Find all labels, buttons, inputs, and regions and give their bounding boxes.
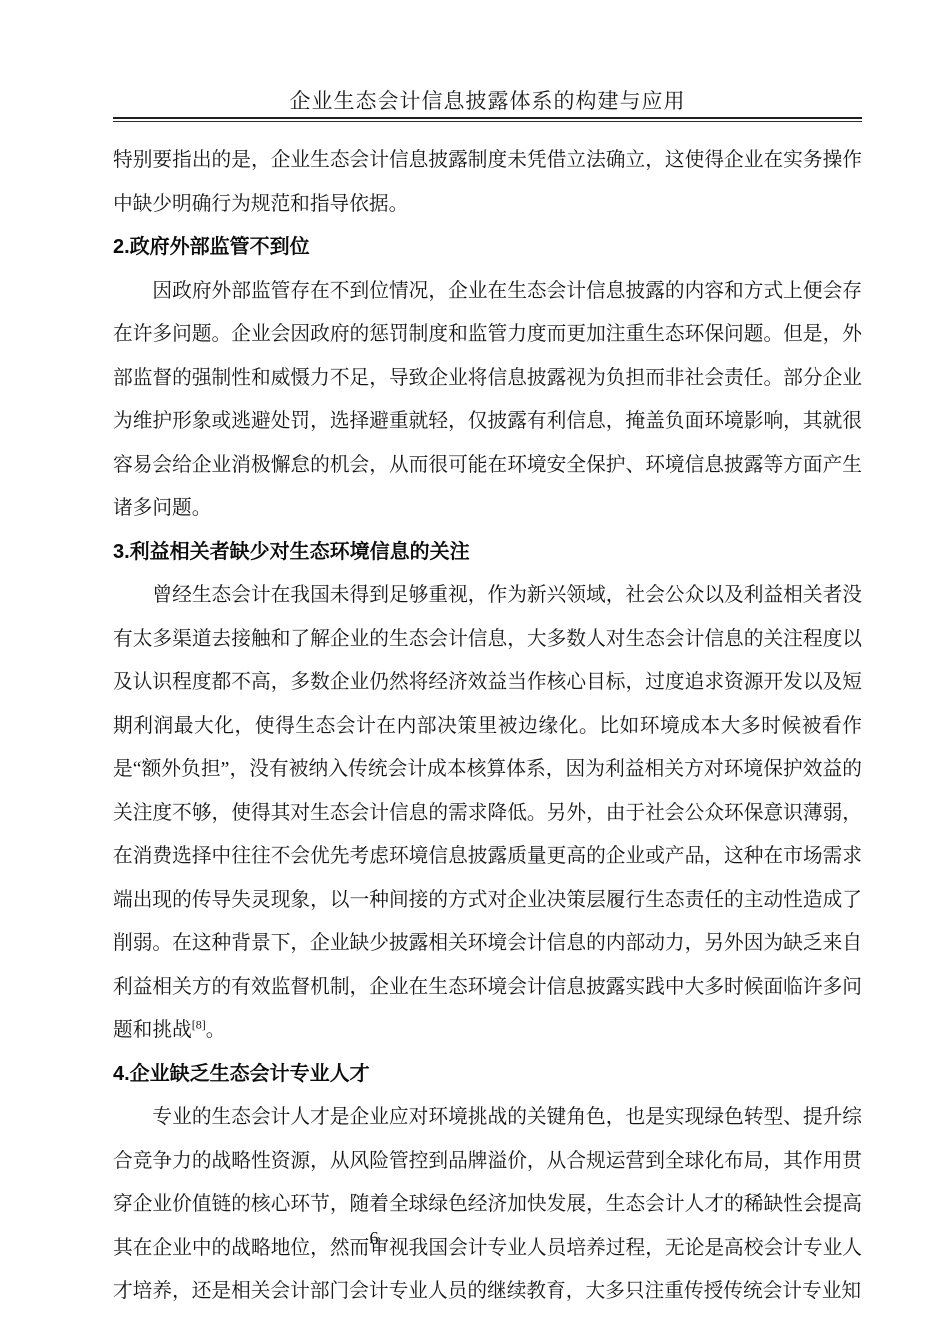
paragraph-talent-shortage: 专业的生态会计人才是企业应对环境挑战的关键角色，也是实现绿色转型、提升综合竞争力… xyxy=(113,1096,862,1314)
document-page: 企业生态会计信息披露体系的构建与应用 特别要指出的是，企业生态会计信息披露制度未… xyxy=(0,0,950,1344)
section-heading-2: 2.政府外部监管不到位 xyxy=(113,226,862,270)
paragraph-continuation: 特别要指出的是，企业生态会计信息披露制度未凭借立法确立，这使得企业在实务操作中缺… xyxy=(113,139,862,226)
page-content: 企业生态会计信息披露体系的构建与应用 特别要指出的是，企业生态会计信息披露制度未… xyxy=(113,88,862,1314)
paragraph-stakeholder-attention: 曾经生态会计在我国未得到足够重视，作为新兴领域，社会公众以及利益相关者没有太多渠… xyxy=(113,574,862,1053)
citation-ref-8: [8] xyxy=(192,1017,206,1031)
running-header-title: 企业生态会计信息披露体系的构建与应用 xyxy=(113,88,862,114)
paragraph-government-supervision: 因政府外部监管存在不到位情况，企业在生态会计信息披露的内容和方式上便会存在许多问… xyxy=(113,270,862,531)
section-heading-4: 4.企业缺乏生态会计专业人才 xyxy=(113,1053,862,1097)
page-number: 6 xyxy=(352,1228,396,1249)
section-heading-3: 3.利益相关者缺少对生态环境信息的关注 xyxy=(113,531,862,575)
header-double-rule xyxy=(113,117,862,122)
paragraph-stakeholder-text: 曾经生态会计在我国未得到足够重视，作为新兴领域，社会公众以及利益相关者没有太多渠… xyxy=(113,584,862,1041)
paragraph-stakeholder-period: 。 xyxy=(206,1019,226,1041)
body-text: 特别要指出的是，企业生态会计信息披露制度未凭借立法确立，这使得企业在实务操作中缺… xyxy=(113,139,862,1314)
